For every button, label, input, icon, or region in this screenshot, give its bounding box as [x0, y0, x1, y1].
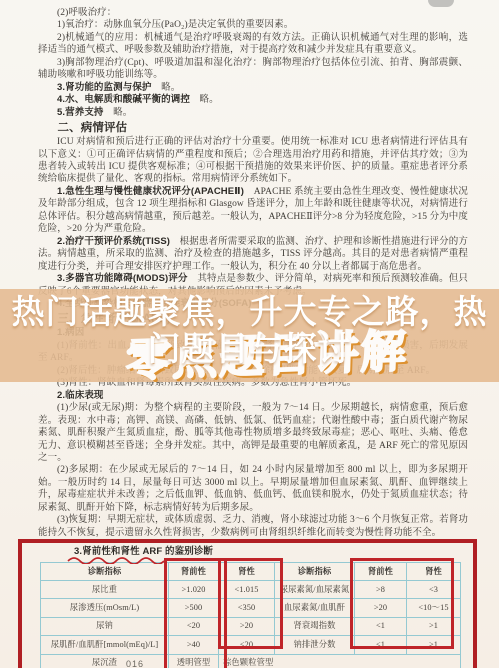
promo-banner: 零点题目讲解 热门话题聚焦，升大专之路，热 门题目与探讨: [0, 289, 499, 382]
differential-diagnosis-section: 3.肾前性和肾性 ARF 的鉴别诊断 诊断指标肾前性肾性诊断指标肾前性肾性 尿比…: [38, 546, 468, 668]
table-cell: <20: [219, 636, 275, 654]
paragraph-bold-lead: 5.营养支持: [57, 107, 104, 118]
table-row: 尿沉渣透明管型棕色颗粒管型: [41, 654, 461, 668]
table-cell: 尿肌酐/血肌酐[mmol(mEq)/L]: [41, 636, 169, 654]
table-cell: >1: [407, 636, 461, 654]
paragraph: (2)呼吸治疗：: [38, 7, 468, 19]
table-cell: >1: [407, 617, 461, 635]
table-cell: >20: [355, 599, 407, 617]
table-header-cell: 诊断指标: [41, 562, 169, 580]
table-cell: 肾衰竭指数: [275, 617, 355, 635]
paragraph: 2.临床表现: [38, 390, 468, 402]
table-cell: 棕色颗粒管型: [219, 654, 461, 668]
page-number: 016: [126, 659, 144, 668]
paragraph: 1)氧治疗：动脉血氧分压(PaO₂)是决定氧供的重要因素。: [38, 19, 468, 31]
table-cell: >40: [169, 636, 219, 654]
table-cell: 钠排泄分数: [275, 636, 355, 654]
paragraph: ICU 对病情和预后进行正确的评估对治疗十分重要。使用统一标准对 ICU 患者病…: [38, 136, 468, 186]
paragraph: 5.营养支持 略。: [38, 107, 468, 119]
table-cell: 尿钠: [41, 617, 169, 635]
section-heading: 二、病情评估: [38, 121, 468, 135]
paragraph-bold-lead: 1.急性生理与慢性健康状况评分(APACHEⅡ): [57, 186, 244, 197]
body-paragraphs: (2)呼吸治疗：1)氧治疗：动脉血氧分压(PaO₂)是决定氧供的重要因素。2)机…: [38, 7, 468, 539]
paragraph: 3.肾功能的监测与保护 略。: [38, 82, 468, 94]
diagnosis-table: 诊断指标肾前性肾性诊断指标肾前性肾性 尿比重>1.020<1.015尿尿素氮/血…: [40, 562, 461, 668]
paragraph-bold-lead: 3.多器官功能障碍(MODS)评分: [57, 273, 188, 284]
page-edge-mark: [428, 0, 454, 7]
table-row: 尿钠<20>20肾衰竭指数<1>1: [41, 617, 461, 635]
paragraph: 2.治疗干预评价系统(TISS) 根据患者所需要采取的监测、治疗、护理和诊断性措…: [38, 236, 468, 273]
table-header-cell: 诊断指标: [275, 562, 355, 580]
table-cell: 尿渗透压(mOsm/L): [41, 599, 169, 617]
table-cell: <350: [219, 599, 275, 617]
paragraph-bold-lead: 2.临床表现: [57, 390, 104, 401]
paragraph: 1.急性生理与慢性健康状况评分(APACHEⅡ) APACHE 系统主要由急性生…: [38, 186, 468, 236]
table-header-cell: 肾前性: [355, 562, 407, 580]
table-cell: >1.020: [169, 581, 219, 599]
paragraph: (3)恢复期：早期无症状，或体质虚弱、乏力、消瘦，肾小球滤过功能 3～6 个月恢…: [38, 514, 468, 539]
table-cell: <1.015: [219, 581, 275, 599]
table-row: 尿肌酐/血肌酐[mmol(mEq)/L]>40<20钠排泄分数<1>1: [41, 636, 461, 654]
paragraph: (1)少尿(或无尿)期：为整个病程的主要阶段，一般为 7～14 日。少尿期越长，…: [38, 402, 468, 464]
table-cell: 透明管型: [169, 654, 219, 668]
table-header-cell: 肾性: [219, 562, 275, 580]
table-cell: <1: [355, 636, 407, 654]
table-header-row: 诊断指标肾前性肾性诊断指标肾前性肾性: [41, 562, 461, 580]
paragraph: 3)胸部物理治疗(Cpt)、呼吸道加温和湿化治疗：胸部物理治疗包括体位引流、拍背…: [38, 57, 468, 82]
table-row: 尿比重>1.020<1.015尿尿素氮/血尿素氮>8<3: [41, 581, 461, 599]
table-row: 尿渗透压(mOsm/L)>500<350血尿素氮/血肌酐>20<10～15: [41, 599, 461, 617]
paragraph: 2)机械通气的应用：机械通气是治疗呼吸衰竭的有效方法。正确认识机械通气对生理的影…: [38, 32, 468, 57]
paragraph-bold-lead: 3.肾功能的监测与保护: [57, 82, 152, 93]
banner-title-line1: 热门话题聚焦，升大专之路，热: [0, 292, 499, 332]
table-cell: <10～15: [407, 599, 461, 617]
table-cell: >8: [355, 581, 407, 599]
table-title: 3.肾前性和肾性 ARF 的鉴别诊断: [74, 546, 468, 558]
table-cell: 血尿素氮/血肌酐: [275, 599, 355, 617]
paragraph-bold-lead: 2.治疗干预评价系统(TISS): [57, 236, 170, 247]
table-header-cell: 肾性: [407, 562, 461, 580]
table-header-cell: 肾前性: [169, 562, 219, 580]
table-cell: 尿比重: [41, 581, 169, 599]
table-cell: 尿尿素氮/血尿素氮: [275, 581, 355, 599]
table-cell: >20: [219, 617, 275, 635]
paragraph: 4.水、电解质和酸碱平衡的调控 略。: [38, 94, 468, 106]
paragraph-bold-lead: 4.水、电解质和酸碱平衡的调控: [57, 94, 190, 105]
textbook-page: (2)呼吸治疗：1)氧治疗：动脉血氧分压(PaO₂)是决定氧供的重要因素。2)机…: [0, 0, 499, 668]
table-cell: <20: [169, 617, 219, 635]
banner-title-line2: 门题目与探讨: [0, 329, 499, 369]
table-cell: >500: [169, 599, 219, 617]
table-cell: <1: [355, 617, 407, 635]
table-cell: <3: [407, 581, 461, 599]
table-cell: 尿沉渣: [41, 654, 169, 668]
paragraph: (2)多尿期：在少尿或无尿后的 7～14 日，如 24 小时内尿量增加至 800…: [38, 464, 468, 514]
